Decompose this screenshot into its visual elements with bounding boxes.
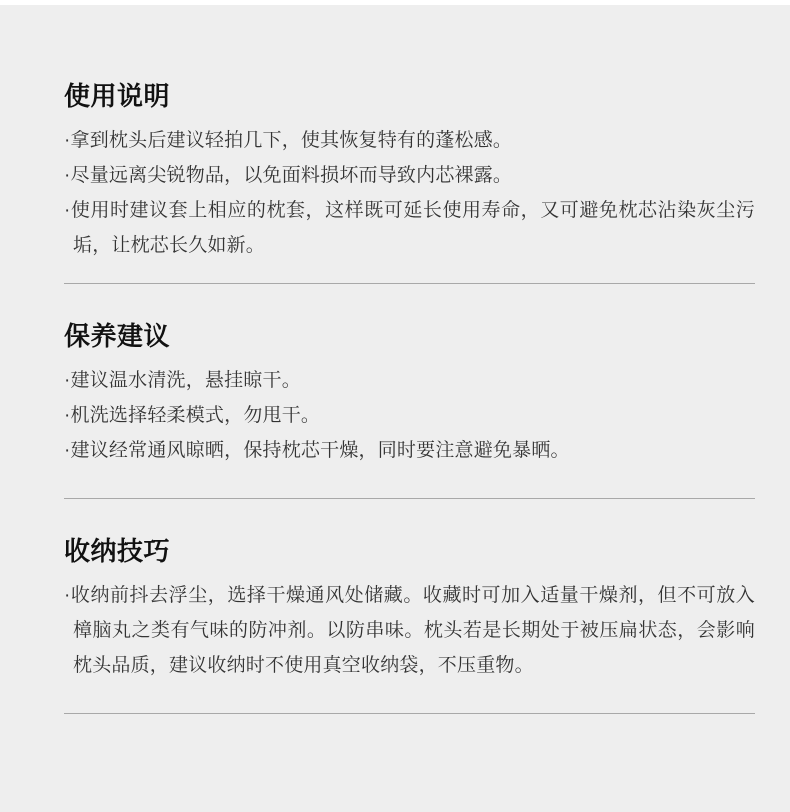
section-divider xyxy=(64,713,755,714)
instruction-text: 拿到枕头后建议轻拍几下，使其恢复特有的蓬松感。 xyxy=(71,130,513,151)
storage-bullet-list: ·收纳前抖去浮尘，选择干燥通风处储藏。收藏时可加入适量干燥剂，但不可放入樟脑丸之… xyxy=(64,578,755,683)
section-usage-instructions: 使用说明 ·拿到枕头后建议轻拍几下，使其恢复特有的蓬松感。 ·尽量远离尖锐物品，… xyxy=(64,5,755,283)
instruction-item: ·收纳前抖去浮尘，选择干燥通风处储藏。收藏时可加入适量干燥剂，但不可放入樟脑丸之… xyxy=(64,578,755,683)
section-storage-tips: 收纳技巧 ·收纳前抖去浮尘，选择干燥通风处储藏。收藏时可加入适量干燥剂，但不可放… xyxy=(64,499,755,713)
instruction-text: 尽量远离尖锐物品，以免面料损坏而导致内芯裸露。 xyxy=(71,165,513,186)
instruction-item: ·机洗选择轻柔模式，勿甩干。 xyxy=(64,398,755,433)
instruction-text: 使用时建议套上相应的枕套，这样既可延长使用寿命，又可避免枕芯沾染灰尘污垢，让枕芯… xyxy=(71,200,755,256)
instruction-text: 机洗选择轻柔模式，勿甩干。 xyxy=(71,405,321,426)
usage-bullet-list: ·拿到枕头后建议轻拍几下，使其恢复特有的蓬松感。 ·尽量远离尖锐物品，以免面料损… xyxy=(64,123,755,263)
instruction-text: 建议温水清洗，悬挂晾干。 xyxy=(71,370,301,391)
section-title-storage: 收纳技巧 xyxy=(64,533,755,569)
instruction-text: 建议经常通风晾晒，保持枕芯干燥，同时要注意避免暴晒。 xyxy=(71,440,570,461)
instruction-item: ·拿到枕头后建议轻拍几下，使其恢复特有的蓬松感。 xyxy=(64,123,755,158)
section-care-advice: 保养建议 ·建议温水清洗，悬挂晾干。 ·机洗选择轻柔模式，勿甩干。 ·建议经常通… xyxy=(64,284,755,498)
instruction-text: 收纳前抖去浮尘，选择干燥通风处储藏。收藏时可加入适量干燥剂，但不可放入樟脑丸之类… xyxy=(71,585,755,676)
instruction-item: ·建议经常通风晾晒，保持枕芯干燥，同时要注意避免暴晒。 xyxy=(64,433,755,468)
instruction-item: ·使用时建议套上相应的枕套，这样既可延长使用寿命，又可避免枕芯沾染灰尘污垢，让枕… xyxy=(64,193,755,263)
instruction-item: ·尽量远离尖锐物品，以免面料损坏而导致内芯裸露。 xyxy=(64,158,755,193)
section-title-care: 保养建议 xyxy=(64,318,755,354)
section-title-usage: 使用说明 xyxy=(64,78,755,114)
care-instructions-page: { "bullet_char": "·", "colors": { "backg… xyxy=(0,0,790,812)
care-bullet-list: ·建议温水清洗，悬挂晾干。 ·机洗选择轻柔模式，勿甩干。 ·建议经常通风晾晒，保… xyxy=(64,363,755,468)
instruction-item: ·建议温水清洗，悬挂晾干。 xyxy=(64,363,755,398)
content-area: 使用说明 ·拿到枕头后建议轻拍几下，使其恢复特有的蓬松感。 ·尽量远离尖锐物品，… xyxy=(0,5,790,714)
